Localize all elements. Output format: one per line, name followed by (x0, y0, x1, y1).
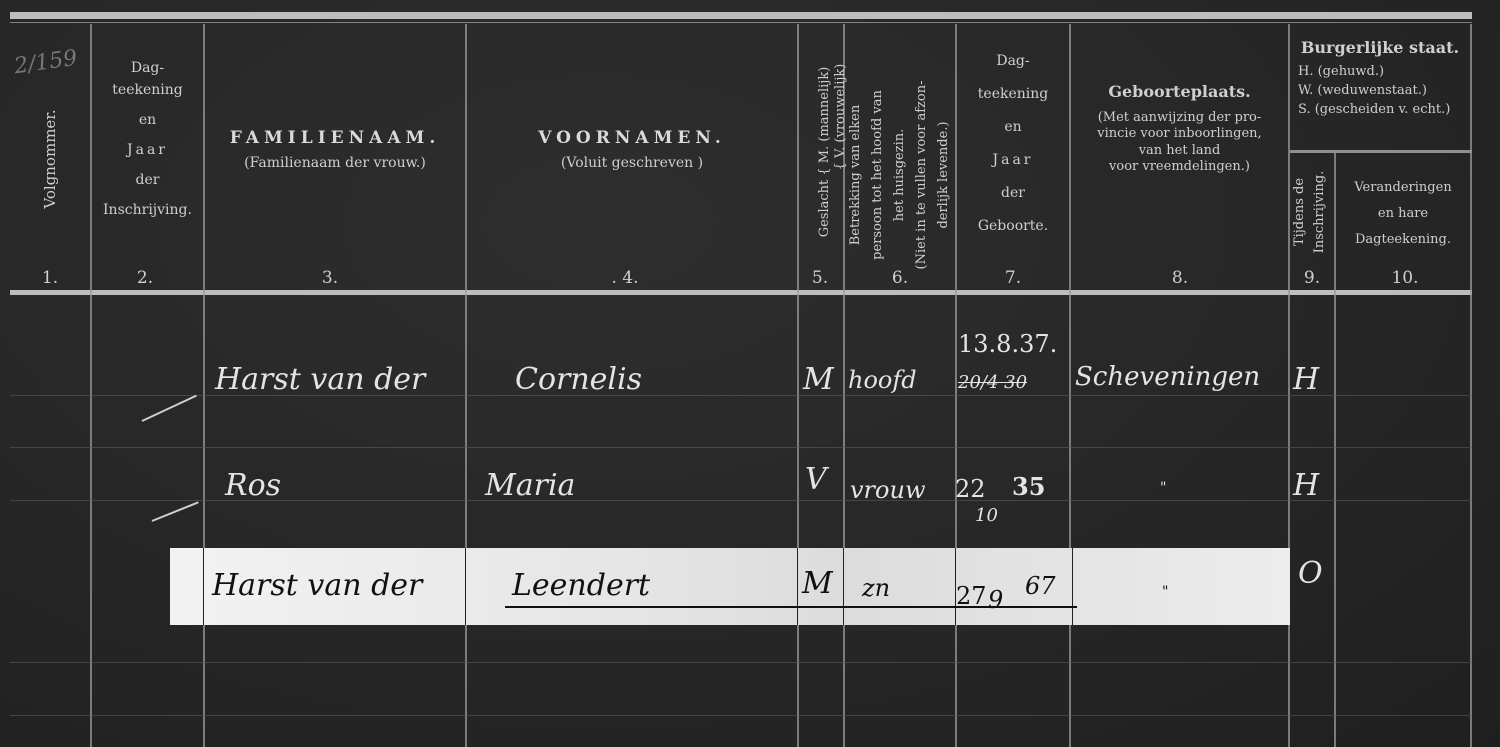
betrekking-cell: hoofd (848, 366, 917, 394)
ruling-line (10, 662, 1472, 663)
burgerlijke-staat-cell: O (1298, 556, 1323, 591)
margin-note: 2/159 (13, 46, 79, 80)
column-number-6: 6. (880, 268, 920, 288)
geboorte-struck-cell: 20/4 30 (958, 372, 1027, 393)
ruling-line (10, 715, 1472, 716)
margin-dash (152, 501, 199, 522)
header-dagteekening-inschrijving: Dag- teekening en Jaar der Inschrijving. (92, 52, 203, 226)
header-voornamen: VOORNAMEN. (Voluit geschreven ) (467, 128, 797, 173)
burgerlijke-staat-cell: H (1293, 362, 1319, 397)
voornamen-cell: Maria (485, 468, 575, 503)
column-number-1: 1. (30, 268, 70, 288)
column-number-10: 10. (1385, 268, 1425, 288)
header-familienaam: FAMILIENAAM. (Familienaam der vrouw.) (205, 128, 465, 173)
column-divider (465, 548, 466, 625)
column-number-3: 3. (310, 268, 350, 288)
column-number-5: 5. (800, 268, 840, 288)
column-number-8: 8. (1160, 268, 1200, 288)
margin-dash (142, 395, 197, 422)
column-divider (797, 548, 798, 625)
header-geboorteplaats: Geboorteplaats. (Met aanwijzing der pro-… (1071, 82, 1288, 175)
geboorteplaats-cell: " (1162, 584, 1168, 600)
column-divider (1072, 548, 1073, 625)
column-divider (1288, 24, 1290, 747)
geslacht-cell: M (802, 566, 833, 601)
geboorte-year-cell: 67 (1025, 572, 1056, 600)
geboorte-cell: 13.8.37. (958, 330, 1057, 358)
header-bottom-rule (10, 290, 1472, 295)
column-number-7: 7. (993, 268, 1033, 288)
header-dagteekening-geboorte: Dag- teekening en Jaar der Geboorte. (957, 45, 1069, 243)
top-rule (10, 12, 1472, 19)
geslacht-cell: M (803, 362, 834, 397)
column-divider (203, 548, 204, 625)
geboorteplaats-cell: Scheveningen (1075, 362, 1260, 392)
geslacht-cell: V (805, 462, 827, 497)
header-tijdens-inschrijving: Tijdens de Inschrijving. (1290, 152, 1334, 272)
familienaam-cell: Harst van der (212, 568, 422, 603)
betrekking-cell: vrouw (850, 476, 925, 504)
header-betrekking: Betrekking van elken persoon tot het hoo… (845, 45, 955, 305)
familienaam-cell: Ros (225, 468, 281, 503)
geboorte-month-cell: 9 (988, 586, 1003, 614)
geboorte-day-cell: 22 (955, 475, 986, 503)
header-burgerlijke-staat: Burgerlijke staat. H. (gehuwd.) W. (wedu… (1290, 38, 1470, 119)
voornamen-cell: Cornelis (515, 362, 642, 397)
betrekking-cell: zn (862, 574, 890, 602)
geboorte-year-cell: 35 (1012, 472, 1045, 501)
column-divider (843, 548, 844, 625)
ruling-line (10, 447, 1472, 448)
column-number-4: . 4. (600, 268, 650, 288)
voornamen-cell: Leendert (512, 568, 650, 603)
column-number-9: 9. (1292, 268, 1332, 288)
column-divider (1470, 24, 1472, 747)
geboorteplaats-cell: " (1160, 480, 1166, 496)
column-number-2: 2. (125, 268, 165, 288)
column-divider (797, 24, 799, 747)
header-volgnommer: Volgnommer. (41, 99, 59, 219)
burgerlijke-staat-cell: H (1293, 468, 1319, 503)
geboorte-day-cell: 27 (956, 582, 987, 610)
register-page: 2/159 Volgnommer. 1. Dag- teekening en J… (0, 0, 1500, 747)
geboorte-month-cell: 10 (975, 505, 998, 526)
top-rule-thin (10, 22, 1472, 23)
familienaam-cell: Harst van der (215, 362, 425, 397)
header-veranderingen: Veranderingen en hare Dagteekening. (1336, 175, 1470, 253)
